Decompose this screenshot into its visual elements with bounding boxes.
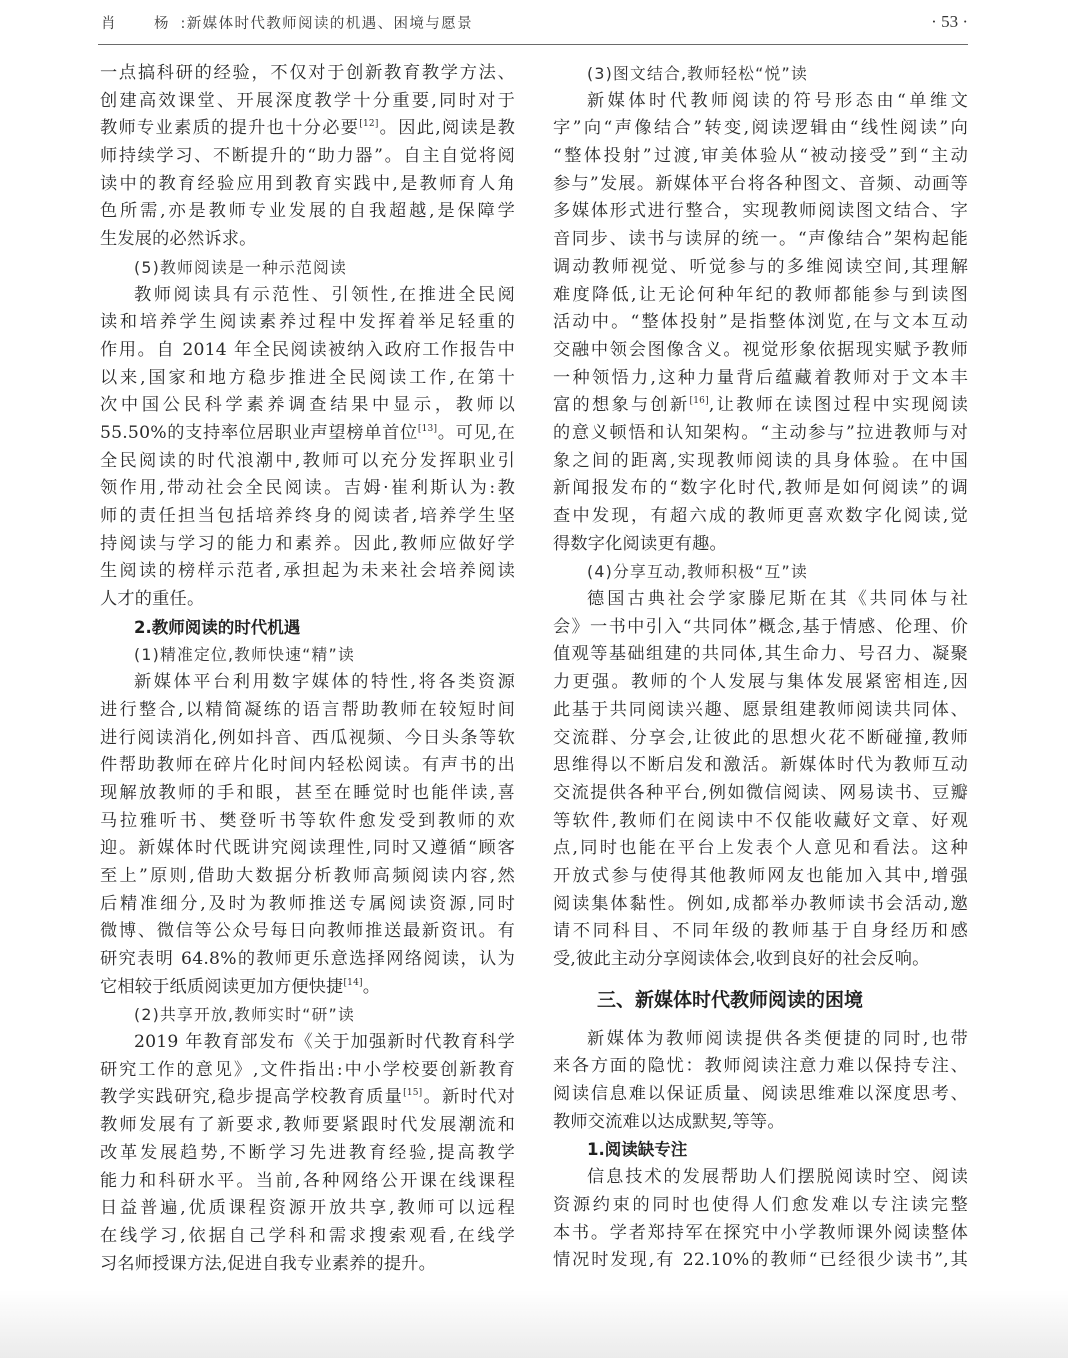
text-span: 。新时代对 — [422, 1087, 515, 1107]
left-column: 一点搞科研的经验，不仅对于创新教育教学方法、 创建高效课堂、开展深度教学十分重要… — [100, 60, 515, 1278]
text-line: 人才的重任。 — [100, 586, 515, 614]
text-line: 教师交流难以达成默契,等等。 — [553, 1109, 968, 1137]
text-line: 点,同时也能在平台上发表个人意见和看法。这种 — [553, 835, 968, 863]
text-line: 新闻报发布的“数字化时代,教师是如何阅读”的调 — [553, 475, 968, 503]
citation-ref: [13] — [418, 424, 437, 434]
text-line: 教师专业素质的提升也十分必要[12]。因此,阅读是教 — [100, 115, 515, 143]
citation-ref: [14] — [343, 978, 362, 988]
text-line: 进行整合,以精简凝练的语言帮助教师在较短时间 — [100, 697, 515, 725]
paragraph: 教师阅读具有示范性、引领性,在推进全民阅 读和培养学生阅读素养过程中发挥着举足轻… — [100, 282, 515, 614]
text-line: 象之间的距离,实现教师阅读的具身体验。在中国 — [553, 448, 968, 476]
text-line: 作用。自 2014 年全民阅读被纳入政府工作报告中 — [100, 337, 515, 365]
text-line: 的意义顿悟和认知架构。“主动参与”拉进教师与对 — [553, 420, 968, 448]
text-span: 55.50%的支持率位居职业声望榜单首位 — [100, 423, 418, 443]
citation-ref: [16] — [690, 396, 709, 406]
paragraph: 新媒体为教师阅读提供各类便捷的同时,也带 来各方面的隐忧：教师阅读注意力难以保持… — [553, 1026, 968, 1137]
text-line: 读和培养学生阅读素养过程中发挥着举足轻重的 — [100, 309, 515, 337]
text-line: 参与”发展。新媒体平台将各种图文、音频、动画等 — [553, 171, 968, 199]
text-line: 教师发展有了新要求,教师要紧跟时代发展潮流和 — [100, 1112, 515, 1140]
text-line: 迎。新媒体时代既讲究阅读理性,同时又遵循“顾客 — [100, 835, 515, 863]
text-line: 现解放教师的手和眼，甚至在睡觉时也能伴读,喜 — [100, 780, 515, 808]
text-line: 教学实践研究,稳步提高学校教育质量[15]。新时代对 — [100, 1084, 515, 1112]
text-line: 会》一书中引入“共同体”概念,基于情感、伦理、价 — [553, 614, 968, 642]
text-line: 受,彼此主动分享阅读体会,收到良好的社会反响。 — [553, 946, 968, 974]
text-line: 师持续学习、不断提升的“助力器”。自主自觉将阅 — [100, 143, 515, 171]
text-line: 领作用,带动社会全民阅读。吉姆·崔利斯认为:教 — [100, 475, 515, 503]
text-line: 此基于共同阅读兴趣、愿景组建教师阅读共同体、 — [553, 697, 968, 725]
subsection-heading: (1)精准定位,教师快速“精”读 — [100, 641, 515, 669]
text-line: 阅读信息难以保证质量、阅读思维难以深度思考、 — [553, 1081, 968, 1109]
text-line: 一种领悟力,这种力量背后蕴藏着教师对于文本丰 — [553, 365, 968, 393]
section-heading-2: 2.教师阅读的时代机遇 — [100, 614, 515, 642]
text-line: 微博、微信等公众号每日向教师推送最新资讯。有 — [100, 918, 515, 946]
right-column: (3)图文结合,教师轻松“悦”读 新媒体时代教师阅读的符号形态由“单维文 字”向… — [553, 60, 968, 1275]
text-line: 调动教师视觉、听觉参与的多维阅读空间,其理解 — [553, 254, 968, 282]
text-line: 信息技术的发展帮助人们摆脱阅读时空、阅读 — [553, 1164, 968, 1192]
text-line: 研究表明 64.8%的教师更乐意选择网络阅读，认为 — [100, 946, 515, 974]
text-span: 教师专业素质的提升也十分必要 — [100, 118, 359, 138]
text-line: 得数字化阅读更有趣。 — [553, 531, 968, 559]
paragraph: 2019 年教育部发布《关于加强新时代教育科学 研究工作的意见》,文件指出:中小… — [100, 1029, 515, 1278]
page-header: 肖 杨:新媒体时代教师阅读的机遇、困境与愿景 · 53 · — [98, 0, 968, 45]
text-line: 全民阅读的时代浪潮中,教师可以充分发挥职业引 — [100, 448, 515, 476]
text-line: 师的责任担当包括培养终身的阅读者,培养学生坚 — [100, 503, 515, 531]
text-span: ,让教师在读图过程中实现阅读 — [709, 395, 968, 415]
paragraph: 信息技术的发展帮助人们摆脱阅读时空、阅读 资源约束的同时也使得人们愈发难以专注读… — [553, 1164, 968, 1275]
running-title: 肖 杨:新媒体时代教师阅读的机遇、困境与愿景 — [101, 12, 473, 33]
subsection-heading: (5)教师阅读是一种示范阅读 — [100, 254, 515, 282]
text-line: 马拉雅听书、樊登听书等软件愈发受到教师的欢 — [100, 808, 515, 836]
text-line: 能力和科研水平。当前,各种网络公开课在线课程 — [100, 1168, 515, 1196]
text-line: 新媒体为教师阅读提供各类便捷的同时,也带 — [553, 1026, 968, 1054]
text-span: 富的想象与创新 — [553, 395, 690, 415]
text-line: 生发展的必然诉求。 — [100, 226, 515, 254]
text-line: 创建高效课堂、开展深度教学十分重要,同时对于 — [100, 88, 515, 116]
text-line: 进行阅读消化,例如抖音、西瓜视频、今日头条等软 — [100, 725, 515, 753]
text-span: 。可见,在 — [437, 423, 515, 443]
text-line: 在线学习,依据自己学科和需求搜索观看,在线学 — [100, 1223, 515, 1251]
text-line: 阅读集体黏性。例如,成都举办教师读书会活动,邀 — [553, 891, 968, 919]
text-line: 富的想象与创新[16],让教师在读图过程中实现阅读 — [553, 392, 968, 420]
text-line: 色所需,亦是教师专业发展的自我超越,是保障学 — [100, 198, 515, 226]
text-span: 。 — [363, 977, 380, 997]
text-line: 力更强。教师的个人发展与集体发展紧密相连,因 — [553, 669, 968, 697]
text-line: “整体投射”过渡,审美体验从“被动接受”到“主动 — [553, 143, 968, 171]
text-span: 教学实践研究,稳步提高学校教育质量 — [100, 1087, 403, 1107]
text-line: 次中国公民科学素养调查结果中显示，教师以 — [100, 392, 515, 420]
subsection-heading-bold: 1.阅读缺专注 — [553, 1136, 968, 1164]
citation-ref: [15] — [403, 1088, 422, 1098]
page-number: · 53 · — [931, 12, 968, 32]
text-line: 情况时发现,有 22.10%的教师“已经很少读书”,其 — [553, 1247, 968, 1275]
text-span: 它相较于纸质阅读更加方便快捷 — [100, 977, 343, 997]
paragraph: 一点搞科研的经验，不仅对于创新教育教学方法、 创建高效课堂、开展深度教学十分重要… — [100, 60, 515, 254]
text-line: 查中发现，有超六成的教师更喜欢数字化阅读,觉 — [553, 503, 968, 531]
text-line: 请不同科目、不同年级的教师基于自身经历和感 — [553, 918, 968, 946]
subsection-heading: (2)共享开放,教师实时“研”读 — [100, 1001, 515, 1029]
text-line: 一点搞科研的经验，不仅对于创新教育教学方法、 — [100, 60, 515, 88]
text-line: 音同步、读书与读屏的统一。“声像结合”架构起能 — [553, 226, 968, 254]
paragraph: 德国古典社会学家滕尼斯在其《共同体与社 会》一书中引入“共同体”概念,基于情感、… — [553, 586, 968, 974]
text-line: 持阅读与学习的能力和素养。因此,教师应做好学 — [100, 531, 515, 559]
text-line: 它相较于纸质阅读更加方便快捷[14]。 — [100, 974, 515, 1002]
citation-ref: [12] — [359, 119, 378, 129]
paragraph: 新媒体平台利用数字媒体的特性,将各类资源 进行整合,以精简凝练的语言帮助教师在较… — [100, 669, 515, 1001]
text-line: 新媒体平台利用数字媒体的特性,将各类资源 — [100, 669, 515, 697]
text-line: 交流提供各种平台,例如微信阅读、网易读书、豆瓣 — [553, 780, 968, 808]
text-line: 难度降低,让无论何种年纪的教师都能参与到读图 — [553, 282, 968, 310]
text-line: 55.50%的支持率位居职业声望榜单首位[13]。可见,在 — [100, 420, 515, 448]
text-line: 后精准细分,及时为教师推送专属阅读资源,同时 — [100, 891, 515, 919]
text-line: 教师阅读具有示范性、引领性,在推进全民阅 — [100, 282, 515, 310]
text-line: 活动中。“整体投射”是指整体浏览,在与文本互动 — [553, 309, 968, 337]
paragraph: 新媒体时代教师阅读的符号形态由“单维文 字”向“声像结合”转变,阅读逻辑由“线性… — [553, 88, 968, 559]
text-line: 日益普遍,优质课程资源开放共享,教师可以远程 — [100, 1195, 515, 1223]
text-line: 至上”原则,借助大数据分析教师高频阅读内容,然 — [100, 863, 515, 891]
text-line: 习名师授课方法,促进自我专业素养的提升。 — [100, 1251, 515, 1279]
text-line: 件帮助教师在碎片化时间内轻松阅读。有声书的出 — [100, 752, 515, 780]
text-line: 新媒体时代教师阅读的符号形态由“单维文 — [553, 88, 968, 116]
text-line: 开放式参与使得其他教师网友也能加入其中,增强 — [553, 863, 968, 891]
running-article-title: :新媒体时代教师阅读的机遇、困境与愿景 — [181, 16, 473, 32]
text-line: 研究工作的意见》,文件指出:中小学校要创新教育 — [100, 1057, 515, 1085]
section-heading-3: 三、新媒体时代教师阅读的困境 — [553, 980, 968, 1022]
text-line: 德国古典社会学家滕尼斯在其《共同体与社 — [553, 586, 968, 614]
text-line: 以来,国家和地方稳步推进全民阅读工作,在第十 — [100, 365, 515, 393]
text-line: 交流群、分享会,让彼此的思想火花不断碰撞,教师 — [553, 725, 968, 753]
text-line: 生阅读的榜样示范者,承担起为未来社会培养阅读 — [100, 558, 515, 586]
text-line: 等软件,教师们在阅读中不仅能收藏好文章、好观 — [553, 808, 968, 836]
running-author: 肖 杨 — [101, 16, 181, 32]
text-line: 读中的教育经验应用到教育实践中,是教师育人角 — [100, 171, 515, 199]
text-line: 来各方面的隐忧：教师阅读注意力难以保持专注、 — [553, 1053, 968, 1081]
text-line: 2019 年教育部发布《关于加强新时代教育科学 — [100, 1029, 515, 1057]
text-line: 交融中领会图像含义。视觉形象依据现实赋予教师 — [553, 337, 968, 365]
subsection-heading: (4)分享互动,教师积极“互”读 — [553, 558, 968, 586]
text-line: 多媒体形式进行整合，实现教师阅读图文结合、字 — [553, 198, 968, 226]
text-line: 本书。学者郑持军在探究中小学教师课外阅读整体 — [553, 1220, 968, 1248]
text-span: 。因此,阅读是教 — [379, 118, 515, 138]
text-line: 改革发展趋势,不断学习先进教育经验,提高教学 — [100, 1140, 515, 1168]
text-line: 值观等基础组建的共同体,其生命力、号召力、凝聚 — [553, 641, 968, 669]
subsection-heading: (3)图文结合,教师轻松“悦”读 — [553, 60, 968, 88]
text-line: 资源约束的同时也使得人们愈发难以专注读完整 — [553, 1192, 968, 1220]
text-line: 字”向“声像结合”转变,阅读逻辑由“线性阅读”向 — [553, 115, 968, 143]
text-line: 思维得以不断启发和激活。新媒体时代为教师互动 — [553, 752, 968, 780]
